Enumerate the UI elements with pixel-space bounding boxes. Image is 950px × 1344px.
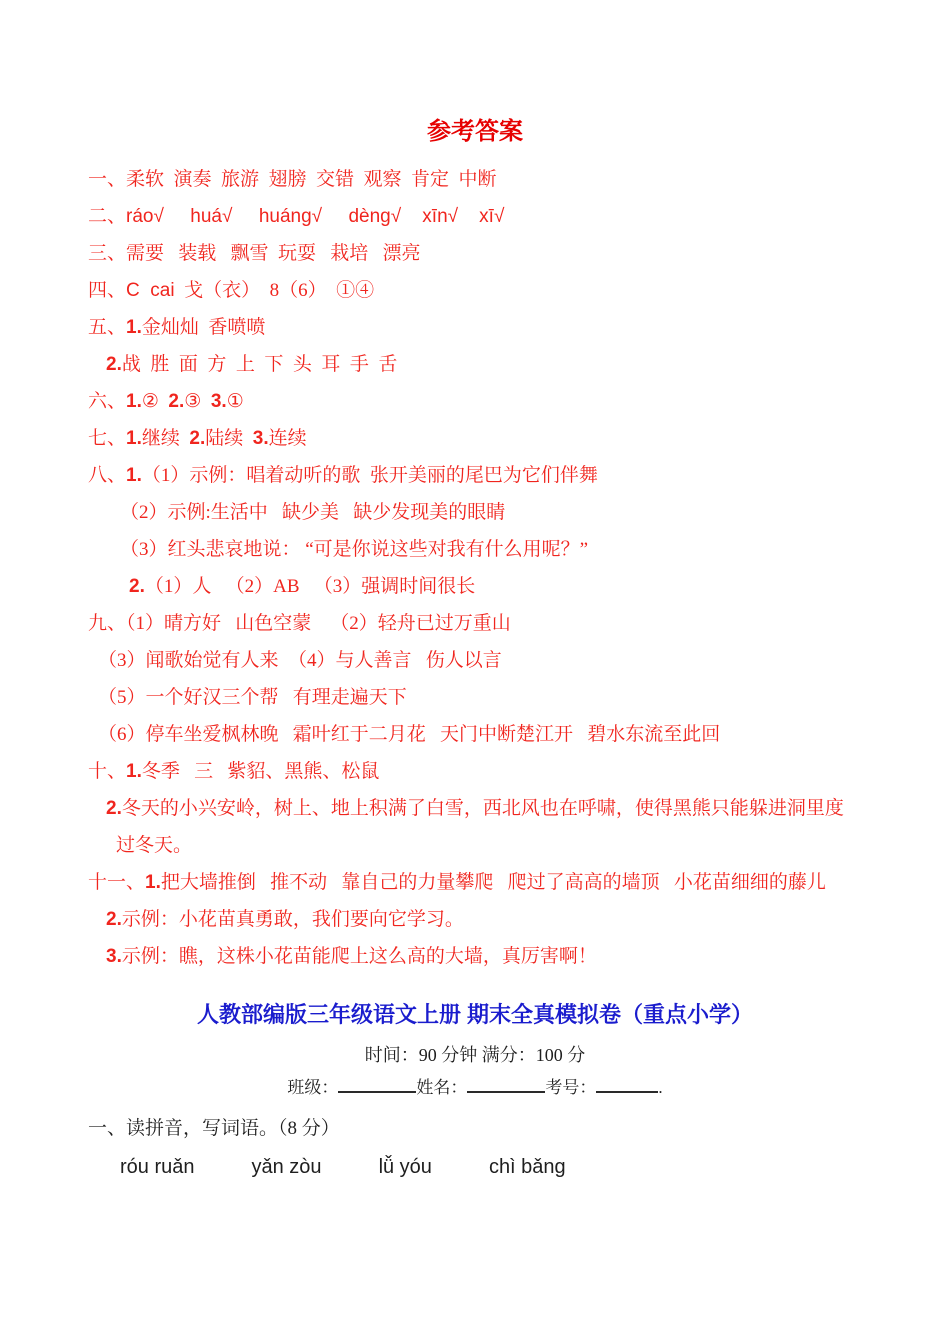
info-label: 姓名：: [416, 1078, 467, 1097]
text-run: 四、: [88, 280, 126, 301]
answer-line: 七、1.继续 2.陆续 3.连续: [88, 420, 920, 457]
answer-line: 二、ráo√ huá√ huáng√ dèng√ xīn√ xī√: [88, 198, 920, 235]
document-page: 参考答案 一、柔软 演奏 旅游 翅膀 交错 观察 肯定 中断二、ráo√ huá…: [0, 0, 950, 1344]
text-run: 2.: [106, 354, 122, 375]
text-run: 三、需要 装载 飘雪 玩耍 栽培 漂亮: [88, 243, 421, 264]
text-run: （3）闻歌始觉有人来 （4）与人善言 伤人以言: [98, 650, 502, 671]
text-run: （1）示例：唱着动听的歌 张开美丽的尾巴为它们伴舞: [142, 465, 598, 486]
answer-line: 2.（1）人 （2）AB （3）强调时间很长: [88, 568, 920, 605]
text-run: 1.: [126, 391, 142, 412]
text-run: 战 胜 面 方 上 下 头 耳 手 舌: [122, 354, 398, 375]
text-run: 2.: [129, 576, 145, 597]
question-1-heading: 一、读拼音，写词语。（8 分）: [0, 1115, 950, 1143]
text-run: 3.: [211, 391, 227, 412]
answer-line: （2）示例:生活中 缺少美 缺少发现美的眼睛: [88, 494, 920, 531]
text-run: 戈（衣） 8（6） ①④: [175, 280, 375, 301]
student-info-line: 班级：姓名：考号：.: [0, 1076, 950, 1100]
text-run: 一、柔软 演奏 旅游 翅膀 交错 观察 肯定 中断: [88, 169, 497, 190]
answer-line: （3）闻歌始觉有人来 （4）与人善言 伤人以言: [88, 642, 920, 679]
text-run: 1.: [126, 428, 142, 449]
blank-line: [467, 1076, 545, 1093]
info-label: 班级：: [287, 1078, 338, 1097]
text-run: ②: [142, 391, 169, 412]
answer-line: （3）红头悲哀地说： “可是你说这些对我有什么用呢？”: [88, 531, 920, 568]
answer-line: 五、1.金灿灿 香喷喷: [88, 309, 920, 346]
answer-line: 六、1.② 2.③ 3.①: [88, 383, 920, 420]
text-run: 过冬天。: [116, 835, 192, 856]
text-run: 2.: [106, 909, 122, 930]
answer-line: （6）停车坐爱枫林晚 霜叶红于二月花 天门中断楚江开 碧水东流至此回: [88, 716, 920, 753]
paper-meta: 时间：90 分钟 满分：100 分: [0, 1043, 950, 1067]
text-run: 3.: [106, 946, 122, 967]
text-run: 十一、: [88, 872, 145, 893]
text-run: （2）示例:生活中 缺少美 缺少发现美的眼睛: [120, 502, 505, 523]
answer-line: 三、需要 装载 飘雪 玩耍 栽培 漂亮: [88, 235, 920, 272]
text-run: 2.: [106, 798, 122, 819]
answer-line: 十一、1.把大墙推倒 推不动 靠自己的力量攀爬 爬过了高高的墙顶 小花苗细细的藤…: [88, 864, 920, 901]
text-run: 示例：瞧，这株小花苗能爬上这么高的大墙，真厉害啊！: [122, 946, 597, 967]
text-run: 八、: [88, 465, 126, 486]
pinyin-word: yǎn zòu: [252, 1153, 322, 1181]
answer-line: （5）一个好汉三个帮 有理走遍天下: [88, 679, 920, 716]
text-run: 七、: [88, 428, 126, 449]
text-run: 六、: [88, 391, 126, 412]
pinyin-row: róu ruǎnyǎn zòulǚ yóuchì bǎng: [0, 1153, 950, 1181]
text-run: 2.: [168, 391, 184, 412]
info-label: 考号：: [545, 1078, 596, 1097]
text-run: 陆续: [205, 428, 253, 449]
answer-line: 八、1.（1）示例：唱着动听的歌 张开美丽的尾巴为它们伴舞: [88, 457, 920, 494]
blank-line: [338, 1076, 416, 1093]
text-run: ③: [184, 391, 211, 412]
exam-paper-section: 人教部编版三年级语文上册 期末全真模拟卷（重点小学） 时间：90 分钟 满分：1…: [0, 1000, 950, 1181]
answer-lines: 一、柔软 演奏 旅游 翅膀 交错 观察 肯定 中断二、ráo√ huá√ huá…: [0, 161, 950, 975]
blank-line: [596, 1076, 658, 1093]
answer-line: 过冬天。: [88, 827, 920, 864]
info-suffix: .: [658, 1078, 662, 1097]
text-run: （6）停车坐爱枫林晚 霜叶红于二月花 天门中断楚江开 碧水东流至此回: [98, 724, 720, 745]
pinyin-word: lǚ yóu: [379, 1153, 432, 1181]
answer-key-title: 参考答案: [0, 0, 950, 148]
text-run: 3.: [253, 428, 269, 449]
text-run: 继续: [142, 428, 190, 449]
answer-line: 九、（1）晴方好 山色空蒙 （2）轻舟已过万重山: [88, 605, 920, 642]
text-run: 十、: [88, 761, 126, 782]
pinyin-word: róu ruǎn: [120, 1153, 195, 1181]
text-run: ráo√ huá√ huáng√ dèng√ xīn√ xī√: [126, 206, 504, 227]
text-run: 1.: [126, 465, 142, 486]
text-run: 把大墙推倒 推不动 靠自己的力量攀爬 爬过了高高的墙顶 小花苗细细的藤儿: [161, 872, 826, 893]
text-run: 二、: [88, 206, 126, 227]
answer-line: 四、C cai 戈（衣） 8（6） ①④: [88, 272, 920, 309]
text-run: 九、（1）晴方好 山色空蒙 （2）轻舟已过万重山: [88, 613, 511, 634]
text-run: 五、: [88, 317, 126, 338]
answer-line: 2.战 胜 面 方 上 下 头 耳 手 舌: [88, 346, 920, 383]
text-run: 1.: [126, 761, 142, 782]
text-run: 冬天的小兴安岭，树上、地上积满了白雪，西北风也在呼啸，使得黑熊只能躲进洞里度: [122, 798, 844, 819]
text-run: C cai: [126, 280, 175, 301]
text-run: 连续: [269, 428, 307, 449]
text-run: 1.: [126, 317, 142, 338]
answer-line: 一、柔软 演奏 旅游 翅膀 交错 观察 肯定 中断: [88, 161, 920, 198]
text-run: 2.: [189, 428, 205, 449]
answer-line: 2.示例：小花苗真勇敢，我们要向它学习。: [88, 901, 920, 938]
answer-line: 2.冬天的小兴安岭，树上、地上积满了白雪，西北风也在呼啸，使得黑熊只能躲进洞里度: [88, 790, 920, 827]
text-run: ①: [227, 391, 244, 412]
text-run: 示例：小花苗真勇敢，我们要向它学习。: [122, 909, 464, 930]
text-run: 金灿灿 香喷喷: [142, 317, 266, 338]
pinyin-word: chì bǎng: [489, 1153, 566, 1181]
text-run: （5）一个好汉三个帮 有理走遍天下: [98, 687, 407, 708]
answer-line: 3.示例：瞧，这株小花苗能爬上这么高的大墙，真厉害啊！: [88, 938, 920, 975]
paper-title: 人教部编版三年级语文上册 期末全真模拟卷（重点小学）: [0, 1000, 950, 1030]
answer-line: 十、1.冬季 三 紫貂、黑熊、松鼠: [88, 753, 920, 790]
text-run: （3）红头悲哀地说： “可是你说这些对我有什么用呢？”: [120, 539, 588, 560]
text-run: 冬季 三 紫貂、黑熊、松鼠: [142, 761, 380, 782]
text-run: （1）人 （2）AB （3）强调时间很长: [145, 576, 475, 597]
text-run: 1.: [145, 872, 161, 893]
